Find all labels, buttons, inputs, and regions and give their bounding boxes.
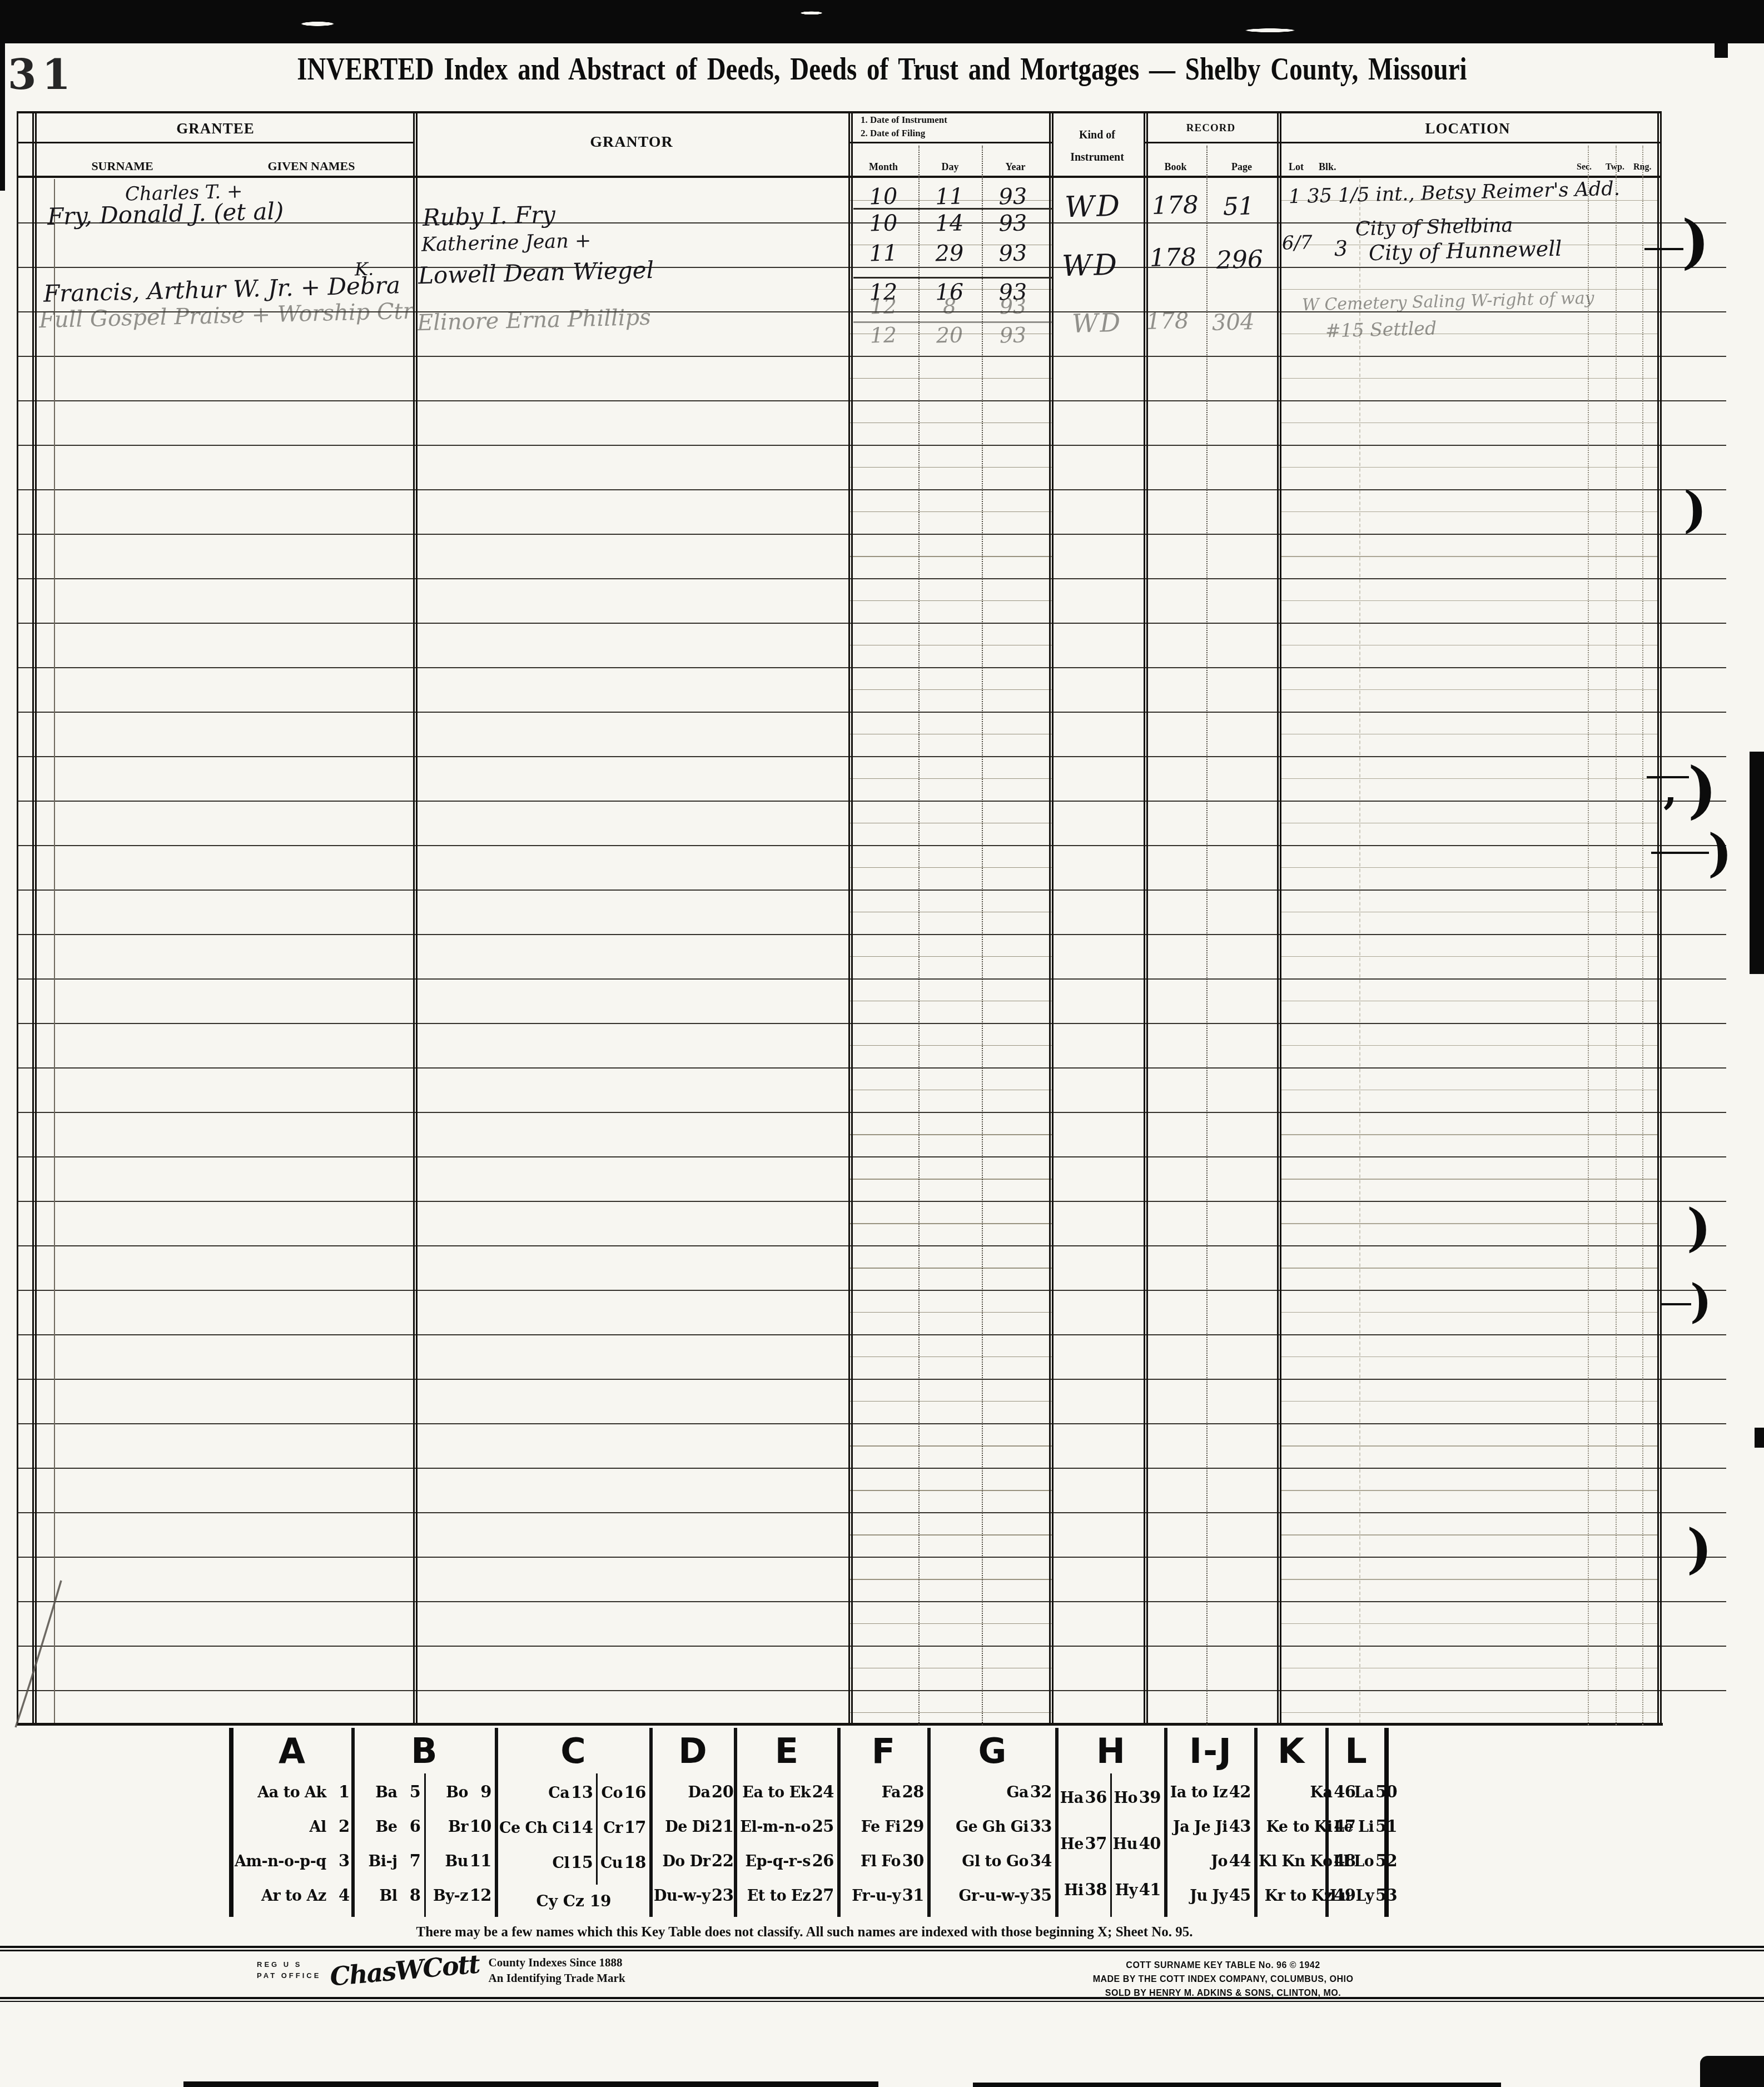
key-range-cell: Hi38: [1060, 1880, 1107, 1899]
publisher-line2: MADE BY THE COTT INDEX COMPANY, COLUMBUS…: [1023, 1973, 1423, 1987]
key-range: Aa to Ak: [257, 1784, 326, 1801]
bracket-stub-line: [1647, 776, 1689, 778]
location-lot: 6/7: [1282, 233, 1313, 252]
key-range-cell: Jo44: [1169, 1851, 1251, 1870]
key-range: Da: [688, 1784, 710, 1801]
key-sheet-number: 5: [397, 1782, 421, 1801]
key-table-note: There may be a few names which this Key …: [229, 1925, 1380, 1940]
record-book: 178: [1149, 245, 1196, 271]
given-names-header: GIVEN NAMES: [222, 159, 400, 173]
key-range-cell: Hy41: [1113, 1880, 1161, 1899]
key-range: Hy: [1115, 1882, 1137, 1899]
key-range: Ju Jy: [1190, 1887, 1228, 1905]
key-range: He: [1060, 1836, 1084, 1853]
filing-year: 93: [982, 324, 1045, 347]
bracket-artifact-icon: ): [1688, 759, 1717, 821]
key-range-cell: Ge Gh Gi33: [932, 1817, 1052, 1836]
key-letter: A: [233, 1728, 351, 1773]
scan-edge-top-bar: [0, 0, 1764, 43]
location-header: LOCATION: [1278, 120, 1657, 137]
key-sheet-number: 45: [1228, 1886, 1251, 1905]
key-range-cell: Co16: [599, 1783, 646, 1802]
date-of-instrument-header: 1. Date of Instrument: [861, 115, 947, 126]
key-sheet-number: 33: [1028, 1817, 1052, 1836]
key-range: Bl: [379, 1887, 397, 1905]
bracket-artifact-icon: ): [1683, 485, 1707, 534]
key-columns: Ka46Ke to Ki47Kl Kn Ko48Kr to Kz49: [1258, 1773, 1325, 1917]
key-sheet-number: 30: [901, 1851, 924, 1870]
key-sheet-number: 8: [397, 1886, 421, 1905]
key-range: Ga: [1006, 1784, 1028, 1801]
key-range-cell: Cl15: [499, 1853, 593, 1872]
key-range: Kr to Kz: [1265, 1887, 1333, 1905]
bracket-artifact-icon: ): [1682, 212, 1710, 271]
key-range-cell: Fa28: [842, 1782, 924, 1801]
key-sheet-number: 36: [1084, 1788, 1107, 1807]
key-columns: Ia to Iz42Ja Je Ji43Jo44Ju Jy45: [1167, 1773, 1254, 1917]
date-header-rule: [848, 142, 1054, 143]
key-sheet-number: 40: [1137, 1834, 1161, 1853]
location-line2: #15 Settled: [1325, 319, 1437, 340]
key-columns: Ga32Ge Gh Gi33Gl to Go34Gr-u-w-y35: [931, 1773, 1055, 1917]
key-range: De Di: [665, 1818, 710, 1836]
key-range: Fa: [882, 1784, 901, 1801]
key-range: Al: [310, 1818, 326, 1836]
key-sheet-number: 11: [468, 1851, 491, 1870]
scan-edge-right: [1750, 752, 1764, 974]
key-group-F: FFa28Fe Fi29Fl Fo30Fr-u-y31: [841, 1728, 931, 1917]
filing-day: 14: [918, 212, 981, 236]
key-range: Hi: [1064, 1882, 1084, 1899]
comma-artifact-icon: ,: [1663, 769, 1677, 809]
kind-of-instrument: WD: [1061, 251, 1119, 281]
tm-line1: County Indexes Since 1888: [489, 1955, 625, 1970]
filing-year: 93: [982, 212, 1045, 236]
rng-column-guide: [1642, 146, 1643, 1725]
twp-header: Twp.: [1606, 162, 1624, 172]
key-range-cell: Fr-u-y31: [842, 1886, 924, 1905]
key-sheet-number: 2: [326, 1817, 350, 1836]
blk-header: Blk.: [1319, 161, 1336, 173]
key-range-cell: Bo9: [427, 1782, 492, 1801]
key-sheet-number: 23: [710, 1886, 733, 1905]
key-range-cell: Ga32: [932, 1782, 1052, 1801]
table-bottom-rule: [17, 1723, 1663, 1726]
key-range: Bu: [445, 1853, 468, 1870]
key-range-cell: Ju Jy45: [1169, 1886, 1251, 1905]
key-sheet-number: 7: [397, 1851, 421, 1870]
record-page: 296: [1216, 247, 1263, 273]
key-range: Ia to Iz: [1170, 1784, 1228, 1801]
surname-header: SURNAME: [39, 159, 206, 173]
key-range-cell: Bi-j7: [356, 1851, 421, 1870]
key-columns: La50Le Li51Ll Lo52Lu Ly53: [1329, 1773, 1384, 1917]
grantee-header-rule: [17, 142, 415, 143]
key-sheet-number: 17: [623, 1818, 646, 1837]
page-title: INVERTED Index and Abstract of Deeds, De…: [0, 51, 1764, 88]
key-sheet-number: 34: [1028, 1851, 1052, 1870]
trademark-block: REG U S PAT OFFICE ChasWCott County Inde…: [257, 1955, 625, 1986]
key-column: Bo9Br10Bu11By-z12: [424, 1773, 495, 1917]
year-header: Year: [982, 161, 1049, 173]
pencil-stroke-artifact: [10, 1576, 71, 1732]
key-range: Le Li: [1334, 1818, 1374, 1836]
location-line2: City of Shelbina: [1355, 216, 1513, 240]
date-of-filing-header: 2. Date of Filing: [861, 128, 925, 139]
kind-record-divider: [1144, 111, 1148, 1725]
day-year-divider: [982, 146, 983, 1725]
key-range: Ca: [548, 1785, 569, 1802]
scan-corner-mark: [1700, 2056, 1764, 2087]
key-columns: Ha36He37Hi38Ho39Hu40Hy41: [1059, 1773, 1164, 1917]
key-sheet-number: 27: [811, 1886, 834, 1905]
key-sheet-number: 14: [569, 1818, 593, 1837]
column-divider: [32, 111, 37, 1725]
key-range: Ep-q-r-s: [746, 1853, 811, 1870]
key-column: Ba5Be6Bi-j7Bl8: [355, 1773, 424, 1917]
kind-of-instrument: WD: [1064, 192, 1122, 222]
key-range-cell: Ce Ch Ci14: [499, 1818, 593, 1837]
filing-month: 12: [852, 324, 915, 347]
key-sheet-number: 18: [623, 1853, 646, 1872]
instrument-year: 93: [982, 242, 1045, 266]
twp-column-guide: [1616, 146, 1617, 1725]
location-line1: City of Hunnewell: [1369, 238, 1562, 264]
key-range-cell: Et to Ez27: [738, 1886, 834, 1905]
key-range-cell: Al2: [235, 1817, 350, 1836]
key-sheet-number: 52: [1374, 1851, 1397, 1870]
grantor-header: GRANTOR: [415, 133, 848, 151]
key-range-cell: Ll Lo52: [1330, 1851, 1397, 1870]
day-header: Day: [918, 161, 982, 173]
key-range: Fe Fi: [861, 1818, 901, 1836]
key-range-cell: El-m-n-o25: [738, 1817, 834, 1836]
trademark-caption: County Indexes Since 1888 An Identifying…: [489, 1955, 625, 1986]
key-range-cell: La50: [1330, 1782, 1397, 1801]
grantor-date-divider: [848, 111, 853, 1725]
key-sheet-number: 6: [397, 1817, 421, 1836]
key-range-cell: Hu40: [1113, 1834, 1161, 1853]
key-range-cell: Be6: [356, 1817, 421, 1836]
key-letter: G: [931, 1728, 1055, 1773]
key-range-cell: Bl8: [356, 1886, 421, 1905]
key-range: Ba: [375, 1784, 397, 1801]
key-sheet-number: 31: [901, 1886, 924, 1905]
key-range-cell: Cr17: [599, 1818, 646, 1837]
instrument-day: 29: [918, 242, 981, 266]
key-column: Ia to Iz42Ja Je Ji43Jo44Ju Jy45: [1167, 1773, 1254, 1917]
key-range-cell: Ca13: [499, 1783, 593, 1802]
key-sheet-number: 22: [710, 1851, 733, 1870]
key-range-cell: Ja Je Ji43: [1169, 1817, 1251, 1836]
key-column: Ea to Ek24El-m-n-o25Ep-q-r-s26Et to Ez27: [737, 1773, 837, 1917]
key-range: Ar to Az: [261, 1887, 326, 1905]
key-column: Da20De Di21Do Dr22Du-w-y23: [653, 1773, 737, 1917]
record-location-divider: [1277, 111, 1281, 1725]
key-range-cell: Am-n-o-p-q3: [235, 1851, 350, 1870]
date-divider-line: [853, 277, 1052, 279]
double-rule: [0, 1997, 1764, 2002]
key-range: Fr-u-y: [852, 1887, 901, 1905]
date-column-halflines: [849, 179, 1054, 1723]
instrument-month: 10: [852, 185, 915, 209]
key-range: Ja Je Ji: [1173, 1818, 1228, 1836]
table-right-edge: [1657, 111, 1662, 1725]
key-range-cell: Da20: [654, 1782, 733, 1801]
kind-header-line1: Kind of: [1051, 129, 1144, 142]
record-location-header-rule: [1144, 142, 1662, 143]
key-letter: C: [498, 1728, 649, 1773]
key-range-cell: Le Li51: [1330, 1817, 1397, 1836]
key-columns: Fa28Fe Fi29Fl Fo30Fr-u-y31: [841, 1773, 927, 1917]
key-letter: B: [355, 1728, 495, 1773]
record-book: 178: [1151, 193, 1199, 218]
key-sheet-number: 50: [1374, 1782, 1397, 1801]
key-range: Am-n-o-p-q: [235, 1853, 326, 1870]
location-blk: 3: [1334, 238, 1348, 260]
grantee-grantor-divider: [413, 111, 418, 1725]
key-range: Ha: [1060, 1790, 1084, 1807]
key-column: Co16Cr17Cu18: [596, 1773, 649, 1885]
instrument-year: 93: [982, 295, 1045, 318]
key-letter: I-J: [1167, 1728, 1254, 1773]
month-header: Month: [849, 161, 917, 173]
key-range: Cu: [600, 1855, 623, 1872]
record-book: 178: [1146, 310, 1189, 333]
key-sheet-number: 37: [1084, 1834, 1107, 1853]
key-range-cell: Ep-q-r-s26: [738, 1851, 834, 1870]
scan-edge-bottom: [973, 2083, 1501, 2087]
key-range: Fl Fo: [861, 1853, 901, 1870]
tm-line2: An Identifying Trade Mark: [489, 1970, 625, 1986]
grantor-name-line2: Lowell Dean Wiegel: [418, 259, 654, 287]
key-column: Fa28Fe Fi29Fl Fo30Fr-u-y31: [841, 1773, 927, 1917]
key-letter: F: [841, 1728, 927, 1773]
key-sheet-number: 4: [326, 1886, 350, 1905]
key-range: Ll Lo: [1333, 1853, 1374, 1870]
bracket-artifact-icon: ): [1708, 827, 1732, 878]
table-left-edge: [17, 111, 18, 1725]
key-sheet-number: 15: [569, 1853, 593, 1872]
key-range: Ea to Ek: [742, 1784, 811, 1801]
key-range: Bi-j: [368, 1853, 397, 1870]
key-range-cell: Gr-u-w-y35: [932, 1886, 1052, 1905]
key-range: Do Dr: [662, 1853, 710, 1870]
key-range-cell: Ar to Az4: [235, 1886, 350, 1905]
grantee-name: Fry, Donald J. (et al): [47, 200, 284, 228]
key-sheet-number: 44: [1228, 1851, 1251, 1870]
instrument-year: 93: [982, 185, 1045, 209]
key-range-cell: De Di21: [654, 1817, 733, 1836]
key-range-cell: Gl to Go34: [932, 1851, 1052, 1870]
key-group-D: DDa20De Di21Do Dr22Du-w-y23: [653, 1728, 737, 1917]
key-range-cell: Br10: [427, 1817, 492, 1836]
key-column: Ga32Ge Gh Gi33Gl to Go34Gr-u-w-y35: [931, 1773, 1055, 1917]
scan-mark: [1755, 1428, 1764, 1448]
key-range: Du-w-y: [654, 1887, 710, 1905]
key-range-cell: Ia to Iz42: [1169, 1782, 1251, 1801]
scan-edge-bottom: [183, 2081, 878, 2087]
key-group-I-J: I-JIa to Iz42Ja Je Ji43Jo44Ju Jy45: [1167, 1728, 1258, 1917]
key-range-cell: Fe Fi29: [842, 1817, 924, 1836]
key-sheet-number: 53: [1374, 1886, 1397, 1905]
grantor-name-line1: Katherine Jean +: [421, 231, 592, 255]
key-letter: E: [737, 1728, 837, 1773]
bracket-artifact-icon: ): [1690, 1279, 1712, 1324]
key-letter: D: [653, 1728, 734, 1773]
sec-header: Sec.: [1577, 162, 1592, 172]
key-range: Ge Gh Gi: [956, 1818, 1028, 1836]
key-columns: Da20De Di21Do Dr22Du-w-y23: [653, 1773, 734, 1917]
key-group-A: AAa to Ak1Al2Am-n-o-p-q3Ar to Az4: [233, 1728, 355, 1917]
record-page: 304: [1212, 311, 1255, 334]
date-divider-line: [853, 208, 1052, 210]
key-column: Ha36He37Hi38: [1059, 1773, 1110, 1917]
key-range-cell: Aa to Ak1: [235, 1782, 350, 1801]
registration-caption: REG U S PAT OFFICE: [257, 1959, 321, 1982]
key-sheet-number: 41: [1137, 1880, 1161, 1899]
key-range: El-m-n-o: [740, 1818, 811, 1836]
key-range: Kl Kn Ko: [1259, 1853, 1333, 1870]
key-sheet-number: 38: [1084, 1880, 1107, 1899]
key-range: Ce Ch Ci: [499, 1820, 569, 1837]
key-sheet-number: 16: [623, 1783, 646, 1802]
key-sheet-number: 3: [326, 1851, 350, 1870]
key-group-H: HHa36He37Hi38Ho39Hu40Hy41: [1059, 1728, 1167, 1917]
key-sheet-number: 21: [710, 1817, 733, 1836]
key-group-E: EEa to Ek24El-m-n-o25Ep-q-r-s26Et to Ez2…: [737, 1728, 841, 1917]
key-range-cell: Cy Cz 19: [498, 1885, 649, 1917]
key-column: Ca13Ce Ch Ci14Cl15: [498, 1773, 596, 1885]
key-range-cell: Do Dr22: [654, 1851, 733, 1870]
key-range: Gl to Go: [962, 1853, 1028, 1870]
bracket-artifact-icon: ): [1687, 1522, 1712, 1576]
record-header: RECORD: [1145, 122, 1277, 135]
key-sheet-number: 20: [710, 1782, 733, 1801]
key-sheet-number: 9: [468, 1782, 491, 1801]
key-columns: Ea to Ek24El-m-n-o25Ep-q-r-s26Et to Ez27: [737, 1773, 837, 1917]
bracket-artifact-icon: ): [1687, 1202, 1711, 1253]
instrument-day: 8: [918, 295, 981, 318]
key-range: Br: [448, 1818, 468, 1836]
key-range: La: [1354, 1784, 1374, 1801]
key-column: Aa to Ak1Al2Am-n-o-p-q3Ar to Az4: [233, 1773, 353, 1917]
grantor-name: Ruby I. Fry: [423, 203, 556, 230]
key-sheet-number: 51: [1374, 1817, 1397, 1836]
key-range-cell: He37: [1060, 1834, 1107, 1853]
key-range-cell: Ha36: [1060, 1788, 1107, 1807]
key-sheet-number: 42: [1228, 1782, 1251, 1801]
key-sheet-number: 24: [811, 1782, 834, 1801]
key-sheet-number: 28: [901, 1782, 924, 1801]
key-group-B: BBa5Be6Bi-j7Bl8Bo9Br10Bu11By-z12: [355, 1728, 498, 1917]
table-top-rule: [17, 111, 1662, 113]
paper-crease: [1359, 179, 1360, 1723]
key-range-cell: Lu Ly53: [1330, 1886, 1397, 1905]
key-range-cell: Ho39: [1113, 1788, 1161, 1807]
grantor-name: Elinore Erna Phillips: [417, 306, 652, 334]
instrument-month: 11: [852, 242, 915, 266]
key-range-cell: Ea to Ek24: [738, 1782, 834, 1801]
record-page: 51: [1223, 194, 1254, 219]
key-range: Be: [376, 1818, 397, 1836]
bracket-stub-line: [1651, 852, 1709, 854]
key-range-cell: Bu11: [427, 1851, 492, 1870]
location-column-halflines: [1281, 179, 1657, 1723]
key-sheet-number: 10: [468, 1817, 491, 1836]
book-header: Book: [1145, 161, 1206, 173]
key-letter: K: [1258, 1728, 1325, 1773]
key-sheet-number: 35: [1028, 1886, 1052, 1905]
key-sheet-number: 26: [811, 1851, 834, 1870]
key-columns: Ba5Be6Bi-j7Bl8Bo9Br10Bu11By-z12: [355, 1773, 495, 1917]
key-group-G: GGa32Ge Gh Gi33Gl to Go34Gr-u-w-y35: [931, 1728, 1059, 1917]
key-letter: L: [1329, 1728, 1384, 1773]
publisher-line3: SOLD BY HENRY M. ADKINS & SONS, CLINTON,…: [1023, 1987, 1423, 2001]
key-sheet-number: 25: [811, 1817, 834, 1836]
book-page-divider: [1206, 146, 1208, 1725]
scanned-ledger-sheet: 31 INVERTED Index and Abstract of Deeds,…: [0, 0, 1764, 2087]
key-columns: Ca13Ce Ch Ci14Cl15Co16Cr17Cu18: [498, 1773, 649, 1885]
key-sheet-number: 32: [1028, 1782, 1052, 1801]
key-range-cell: Fl Fo30: [842, 1851, 924, 1870]
page-header: Page: [1206, 161, 1277, 173]
key-range: Bo: [446, 1784, 468, 1801]
key-sheet-number: 43: [1228, 1817, 1251, 1836]
key-column: Ho39Hu40Hy41: [1110, 1773, 1164, 1917]
key-range-cell: By-z12: [427, 1886, 492, 1905]
kind-header-line2: Instrument: [1051, 151, 1144, 164]
month-day-divider: [918, 146, 920, 1725]
key-letter: H: [1059, 1728, 1164, 1773]
key-sheet-number: 12: [468, 1886, 491, 1905]
publisher-block: COTT SURNAME KEY TABLE No. 96 © 1942 MAD…: [1023, 1959, 1423, 2000]
key-range: Cr: [603, 1820, 623, 1837]
bracket-stub-line: [1644, 248, 1683, 250]
key-range: Cl: [553, 1855, 570, 1872]
column-guide: [54, 179, 55, 1723]
filing-day: 20: [918, 324, 981, 347]
key-group-C: CCa13Ce Ch Ci14Cl15Co16Cr17Cu18Cy Cz 19: [498, 1728, 653, 1917]
filing-month: 10: [852, 212, 915, 236]
key-range: Co: [602, 1785, 623, 1802]
sec-column-guide: [1588, 146, 1589, 1725]
publisher-line1: COTT SURNAME KEY TABLE No. 96 © 1942: [1023, 1959, 1423, 1973]
rng-header: Rng.: [1633, 162, 1651, 172]
header-bottom-rule: [17, 176, 1662, 178]
surname-key-table: AAa to Ak1Al2Am-n-o-p-q3Ar to Az4BBa5Be6…: [229, 1728, 1389, 1917]
key-range: By-z: [433, 1887, 468, 1905]
key-columns: Aa to Ak1Al2Am-n-o-p-q3Ar to Az4: [233, 1773, 351, 1917]
reg-line2: PAT OFFICE: [257, 1970, 321, 1982]
key-sheet-number: 13: [569, 1783, 593, 1802]
double-rule: [0, 1946, 1764, 1951]
date-kind-divider: [1049, 111, 1054, 1725]
key-range-cell: Ba5: [356, 1782, 421, 1801]
key-range: Ke to Ki: [1266, 1818, 1332, 1836]
key-range: Jo: [1211, 1853, 1228, 1870]
key-group-K: KKa46Ke to Ki47Kl Kn Ko48Kr to Kz49: [1258, 1728, 1329, 1917]
key-range-cell: Du-w-y23: [654, 1886, 733, 1905]
key-range: Gr-u-w-y: [959, 1887, 1028, 1905]
key-range: Lu Ly: [1330, 1887, 1374, 1905]
instrument-month: 12: [852, 295, 915, 318]
kind-of-instrument: WD: [1071, 310, 1122, 336]
key-range: Ho: [1114, 1790, 1137, 1807]
cott-signature: ChasWCott: [329, 1949, 481, 1992]
reg-line1: REG U S: [257, 1959, 321, 1971]
key-sheet-number: 29: [901, 1817, 924, 1836]
